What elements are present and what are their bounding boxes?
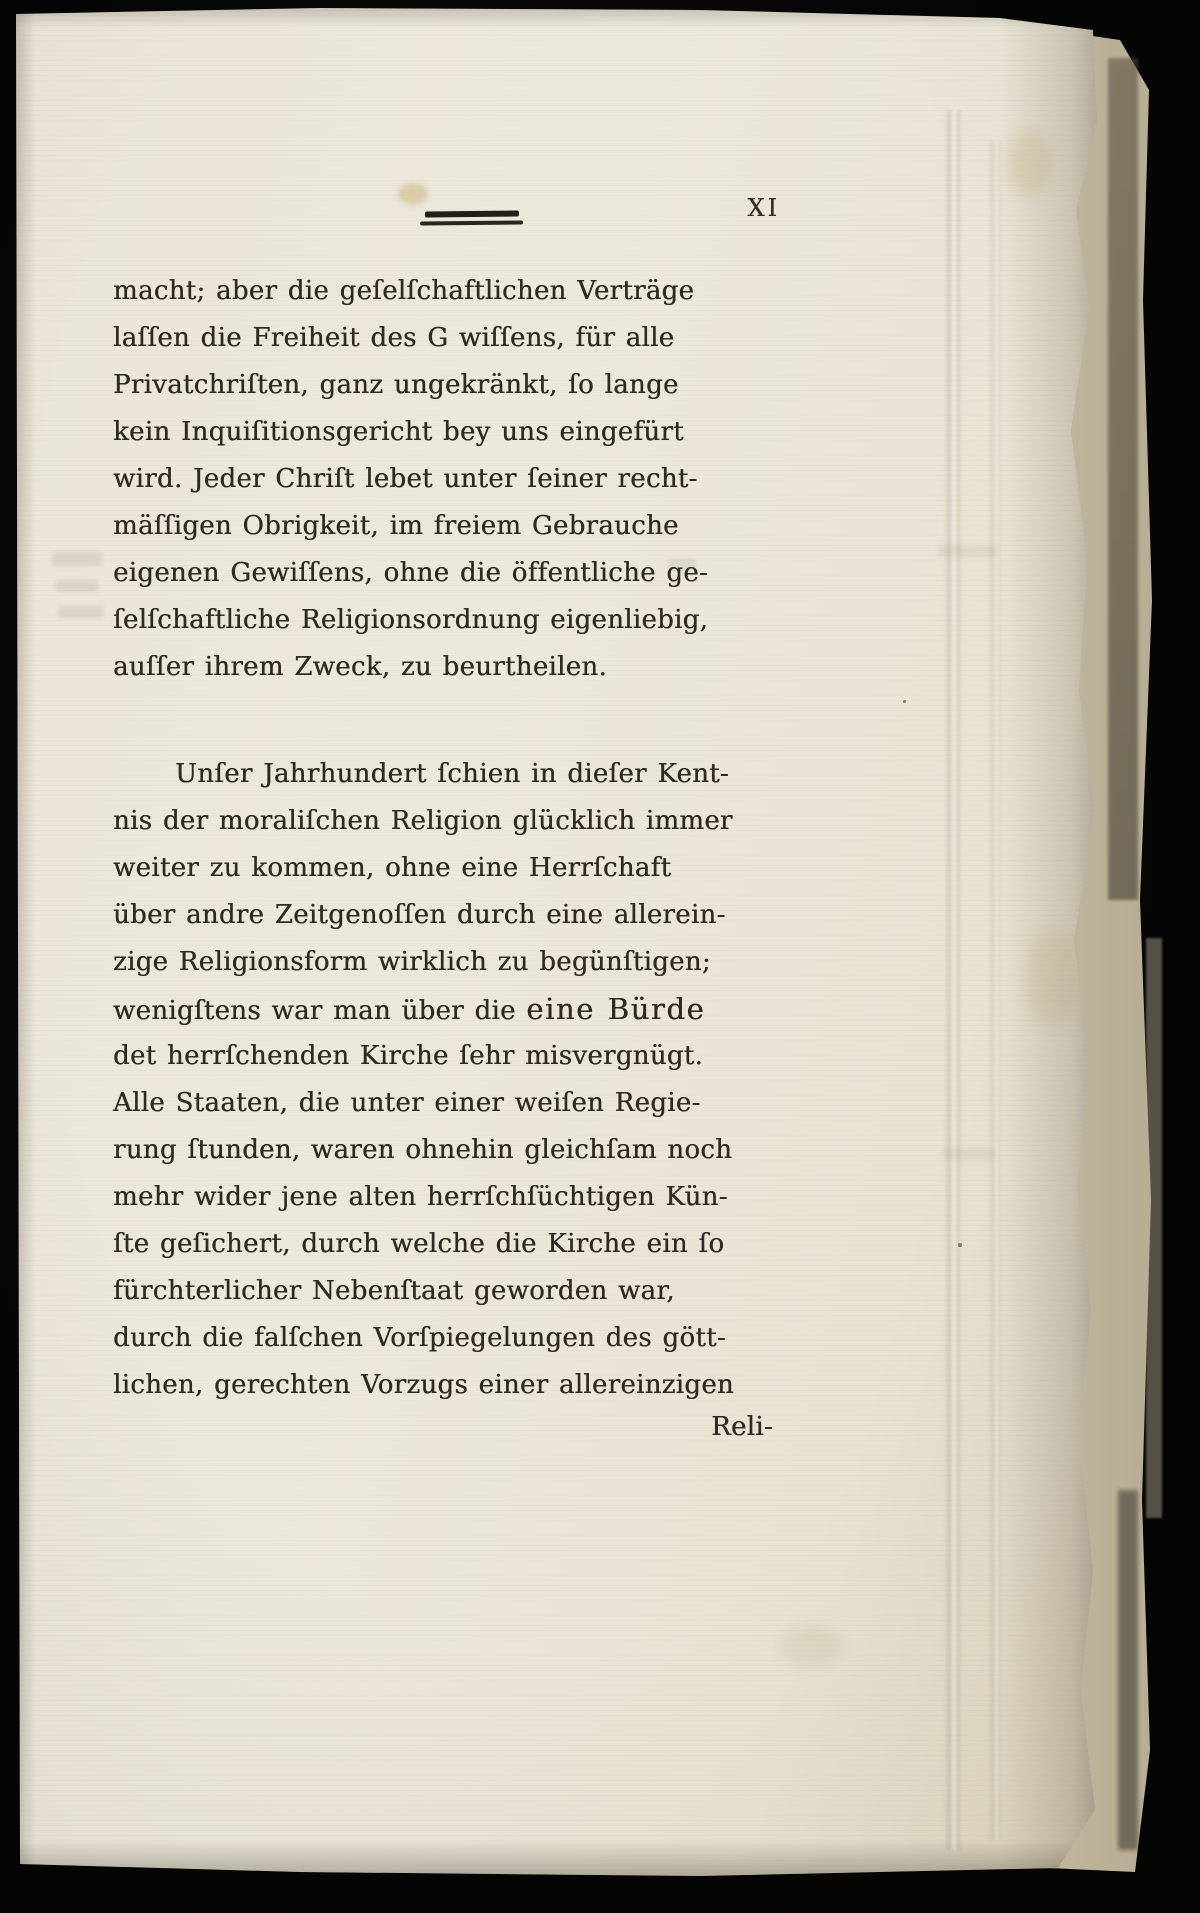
text-segment: weiter zu kommen, ohne eine Herrſchaft — [113, 853, 671, 883]
ornament-rule-thin — [420, 220, 523, 225]
text-segment: macht; aber die geſelſchaftlichen Verträ… — [113, 276, 694, 306]
ink-bleedthrough — [58, 606, 104, 618]
ink-bleedthrough — [56, 580, 98, 592]
paper-stain — [780, 1625, 844, 1667]
text-segment: durch die falſchen Vorſpiegelungen des g… — [113, 1323, 726, 1353]
text-line: zige Religionsform wirklich zu begünſtig… — [113, 939, 671, 986]
text-segment: fürchterlicher Nebenſtaat geworden war, — [113, 1276, 675, 1306]
text-segment: kein Inquiſitionsgericht bey uns eingefü… — [113, 417, 684, 447]
paper-stain — [1026, 930, 1078, 1026]
text-block: macht; aber die geſelſchaftlichen Verträ… — [113, 268, 671, 1409]
scanned-book-page: XI macht; aber die geſelſchaftlichen Ver… — [0, 0, 1200, 1913]
text-line: det herrſchenden Kirche ſehr misvergnügt… — [113, 1033, 671, 1080]
top-edge-shadow — [0, 0, 1200, 28]
text-segment: auſſer ihrem Zweck, zu beurtheilen. — [113, 652, 607, 682]
text-line: eigenen Gewiſſens, ohne die öffentliche … — [113, 550, 671, 597]
ink-bleedthrough — [52, 552, 102, 566]
text-line: auſſer ihrem Zweck, zu beurtheilen. — [113, 644, 671, 691]
text-segment: det herrſchenden Kirche ſehr misvergnügt… — [113, 1041, 703, 1071]
text-segment: laſſen die Freiheit des G wiſſens, für a… — [113, 323, 674, 353]
text-segment: Privatchriſten, ganz ungekränkt, ſo lang… — [113, 370, 679, 400]
text-line: ſte geſichert, durch welche die Kirche e… — [113, 1221, 671, 1268]
text-line: fürchterlicher Nebenſtaat geworden war, — [113, 1268, 671, 1315]
paper-stain — [398, 183, 428, 205]
text-segment: lichen, gerechten Vorzugs einer allerein… — [113, 1370, 734, 1400]
text-segment: Alle Staaten, die unter einer weiſen Reg… — [113, 1088, 701, 1118]
text-segment: mehr wider jene alten herrſchſüchtigen K… — [113, 1182, 728, 1212]
ink-bleedthrough — [942, 1148, 994, 1160]
left-edge-shadow — [14, 0, 36, 1913]
text-segment: ſelſchaftliche Religionsordnung eigenlie… — [113, 605, 708, 635]
catchword: Reli- — [113, 1412, 773, 1442]
text-segment: Unſer Jahrhundert ſchien in dieſer Kent- — [175, 759, 729, 789]
text-line: nis der moraliſchen Religion glücklich i… — [113, 798, 671, 845]
ink-speck — [958, 1243, 962, 1247]
vertical-crease — [988, 140, 1002, 1840]
text-segment: rung ſtunden, waren ohnehin gleichſam no… — [113, 1135, 732, 1165]
book-fore-edge-strip — [1118, 1490, 1138, 1850]
bottom-edge-shadow — [0, 1840, 1200, 1878]
text-line: rung ſtunden, waren ohnehin gleichſam no… — [113, 1127, 671, 1174]
text-segment: mäſſigen Obrigkeit, im freiem Gebrauche — [113, 511, 679, 541]
text-line: macht; aber die geſelſchaftlichen Verträ… — [113, 268, 671, 315]
header-divider-ornament — [420, 210, 524, 225]
text-line: laſſen die Freiheit des G wiſſens, für a… — [113, 315, 671, 362]
text-segment: zige Religionsform wirklich zu begünſtig… — [113, 947, 711, 977]
text-segment: eigenen Gewiſſens, ohne die öffentliche … — [113, 558, 708, 588]
text-segment: nis der moraliſchen Religion glücklich i… — [113, 806, 733, 836]
text-segment: ſte geſichert, durch welche die Kirche e… — [113, 1229, 724, 1259]
text-line: wenigſtens war man über die eine Bürde — [113, 986, 671, 1033]
text-line: Alle Staaten, die unter einer weiſen Reg… — [113, 1080, 671, 1127]
text-line: ſelſchaftliche Religionsordnung eigenlie… — [113, 597, 671, 644]
vertical-crease — [944, 110, 962, 1850]
ink-speck — [903, 700, 906, 703]
text-line: durch die falſchen Vorſpiegelungen des g… — [113, 1315, 671, 1362]
text-line: lichen, gerechten Vorzugs einer allerein… — [113, 1362, 671, 1409]
text-segment: wenigſtens war man über die — [113, 996, 526, 1026]
text-line: über andre Zeitgenoſſen durch eine aller… — [113, 892, 671, 939]
paper-stain — [1008, 130, 1052, 196]
ornament-rule-thick — [425, 211, 519, 218]
text-line: mehr wider jene alten herrſchſüchtigen K… — [113, 1174, 671, 1221]
emphasized-text: eine Bürde — [526, 992, 705, 1026]
page-number: XI — [700, 194, 780, 222]
text-line: kein Inquiſitionsgericht bey uns eingefü… — [113, 409, 671, 456]
book-fore-edge-strip — [1146, 938, 1162, 1518]
text-line: Privatchriſten, ganz ungekränkt, ſo lang… — [113, 362, 671, 409]
book-fore-edge-strip — [1108, 58, 1138, 900]
text-line: weiter zu kommen, ohne eine Herrſchaft — [113, 845, 671, 892]
text-line: wird. Jeder Chriſt lebet unter ſeiner re… — [113, 456, 671, 503]
ink-bleedthrough — [938, 545, 998, 557]
book-page-paper: XI macht; aber die geſelſchaftlichen Ver… — [0, 0, 1200, 1913]
text-line: Unſer Jahrhundert ſchien in dieſer Kent- — [113, 751, 671, 798]
text-line: mäſſigen Obrigkeit, im freiem Gebrauche — [113, 503, 671, 550]
text-segment: über andre Zeitgenoſſen durch eine aller… — [113, 900, 726, 930]
text-segment: wird. Jeder Chriſt lebet unter ſeiner re… — [113, 464, 698, 494]
